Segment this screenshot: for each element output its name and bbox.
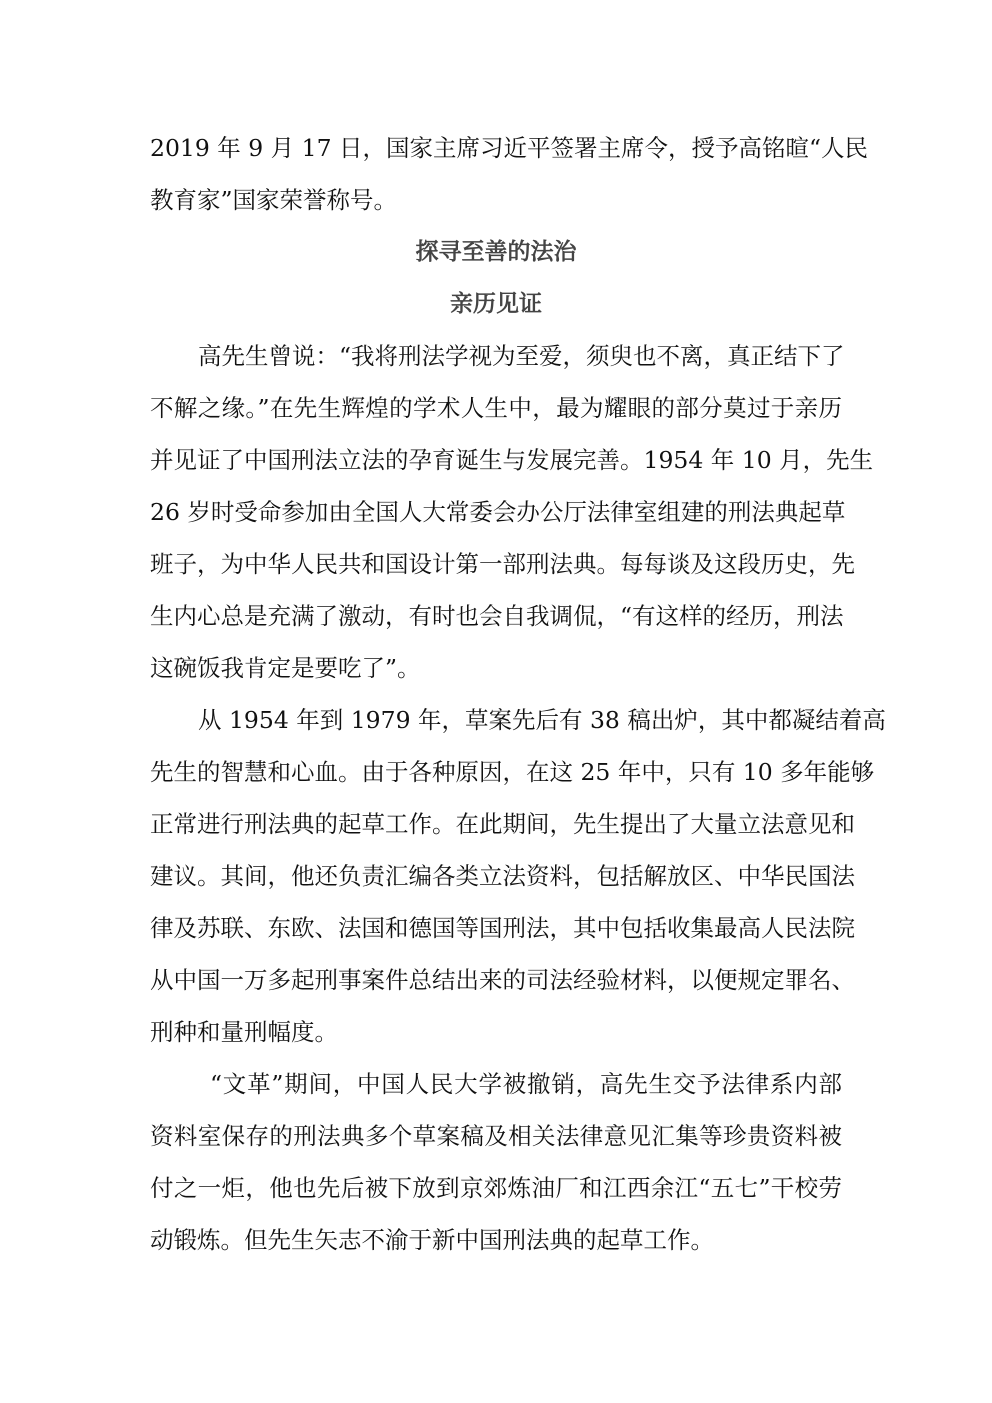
text-line: 并见证了中国刑法立法的孕育诞生与发展完善。1954 年 10 月，先生 (150, 434, 842, 486)
text-line: 生内心总是充满了激动，有时也会自我调侃，“有这样的经历，刑法 (150, 590, 842, 642)
text-line: 高先生曾说：“我将刑法学视为至爱，须臾也不离，真正结下了 (150, 330, 842, 382)
text-line: 不解之缘。”在先生辉煌的学术人生中，最为耀眼的部分莫过于亲历 (150, 382, 842, 434)
text-line: 这碗饭我肯定是要吃了”。 (150, 642, 842, 694)
text-line: “文革”期间，中国人民大学被撤销，高先生交予法律系内部 (150, 1058, 842, 1110)
paragraph-3: “文革”期间，中国人民大学被撤销，高先生交予法律系内部 资料室保存的刑法典多个草… (150, 1058, 842, 1266)
text-line: 教育家”国家荣誉称号。 (150, 174, 842, 226)
text-line: 刑种和量刑幅度。 (150, 1006, 842, 1058)
text-line: 从中国一万多起刑事案件总结出来的司法经验材料，以便规定罪名、 (150, 954, 842, 1006)
paragraph-1: 高先生曾说：“我将刑法学视为至爱，须臾也不离，真正结下了 不解之缘。”在先生辉煌… (150, 330, 842, 694)
text-line: 付之一炬，他也先后被下放到京郊炼油厂和江西余江“五七”干校劳 (150, 1162, 842, 1214)
text-line: 动锻炼。但先生矢志不渝于新中国刑法典的起草工作。 (150, 1214, 842, 1266)
text-line: 班子，为中华人民共和国设计第一部刑法典。每每谈及这段历史，先 (150, 538, 842, 590)
intro-paragraph: 2019 年 9 月 17 日，国家主席习近平签署主席令，授予高铭暄“人民 教育… (150, 122, 842, 226)
text-line: 从 1954 年到 1979 年，草案先后有 38 稿出炉，其中都凝结着高 (150, 694, 842, 746)
document-page: 2019 年 9 月 17 日，国家主席习近平签署主席令，授予高铭暄“人民 教育… (150, 122, 842, 1266)
text-line: 2019 年 9 月 17 日，国家主席习近平签署主席令，授予高铭暄“人民 (150, 122, 842, 174)
text-line: 律及苏联、东欧、法国和德国等国刑法，其中包括收集最高人民法院 (150, 902, 842, 954)
section-title: 探寻至善的法治 (150, 226, 842, 278)
subsection-title: 亲历见证 (150, 278, 842, 330)
text-line: 26 岁时受命参加由全国人大常委会办公厅法律室组建的刑法典起草 (150, 486, 842, 538)
paragraph-2: 从 1954 年到 1979 年，草案先后有 38 稿出炉，其中都凝结着高 先生… (150, 694, 842, 1058)
text-line: 资料室保存的刑法典多个草案稿及相关法律意见汇集等珍贵资料被 (150, 1110, 842, 1162)
text-line: 建议。其间，他还负责汇编各类立法资料，包括解放区、中华民国法 (150, 850, 842, 902)
text-line: 先生的智慧和心血。由于各种原因，在这 25 年中，只有 10 多年能够 (150, 746, 842, 798)
text-line: 正常进行刑法典的起草工作。在此期间，先生提出了大量立法意见和 (150, 798, 842, 850)
